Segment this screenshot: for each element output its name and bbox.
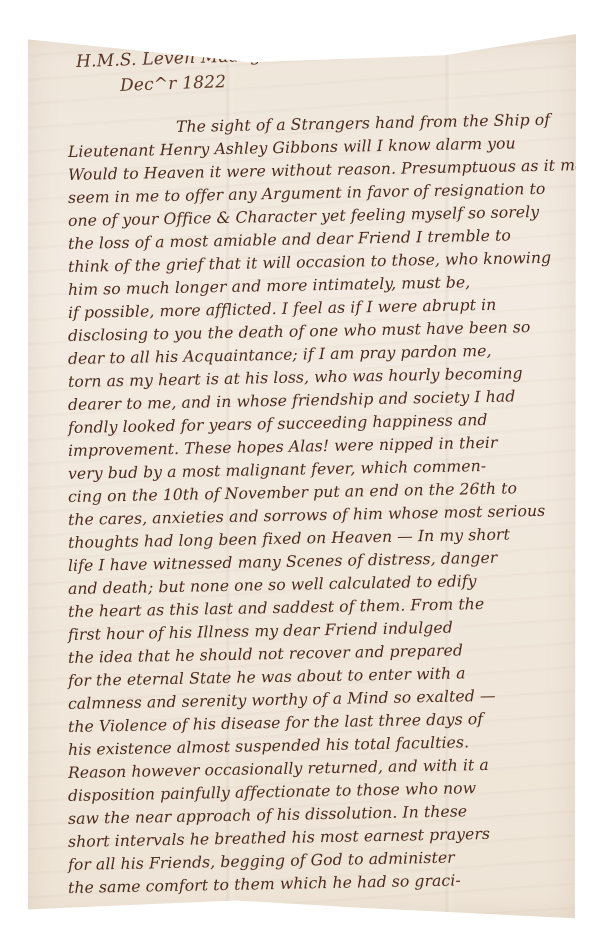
letter-sheet: H.M.S. Leven Madagascar Dec^r 1822 The s… [28,34,576,920]
letter-line: dear to all his Acquaintance; if I am pr… [68,342,492,368]
letter-line: fondly looked for years of succeeding ha… [68,411,488,437]
letter-line: one of your Office & Character yet feeli… [68,203,539,230]
letter-line: the loss of a most amiable and dear Frie… [68,226,511,253]
letter-line: cing on the 10th of November put an end … [68,479,517,506]
letter-heading-place: H.M.S. Leven Madagascar [76,44,310,72]
letter-line: seem in me to offer any Argument in favo… [68,180,546,207]
letter-line: the heart as this last and saddest of th… [68,595,485,621]
letter-line: The sight of a Strangers hand from the S… [176,111,550,136]
letter-line: for all his Friends, begging of God to a… [68,849,455,874]
letter-line: him so much longer and more intimately, … [68,273,471,299]
letter-line: disclosing to you the death of one who m… [68,318,531,345]
letter-line: think of the grief that it will occasion… [68,249,551,276]
letter-line: his existence almost suspended his total… [68,733,469,759]
letter-line: first hour of his Illness my dear Friend… [68,619,453,644]
letter-line: improvement. These hopes Alas! were nipp… [68,434,498,460]
letter-line: the cares, anxieties and sorrows of him … [68,502,546,529]
letter-line: life I have witnessed many Scenes of dis… [68,549,498,575]
letter-heading-date: Dec^r 1822 [120,72,227,96]
letter-line: dearer to me, and in whose friendship an… [68,387,516,414]
letter-line: calmness and serenity worthy of a Mind s… [68,687,496,713]
letter-line: Lieutenant Henry Ashley Gibbons will I k… [68,134,516,161]
letter-line: the same comfort to them which he had so… [68,871,461,897]
letter-line: short intervals he breathed his most ear… [68,825,490,851]
letter-line: for the eternal State he was about to en… [68,664,466,690]
letter-line: and death; but none one so well calculat… [68,572,477,598]
letter-line: the idea that he should not recover and … [68,641,463,667]
letter-line: if possible, more afflicted. I feel as i… [68,296,497,322]
letter-line: thoughts had long been fixed on Heaven —… [68,526,510,552]
letter-line: disposition painfully affectionate to th… [68,779,476,805]
letter-line: Reason however occasionally returned, an… [68,756,489,782]
letter-line: saw the near approach of his dissolution… [68,802,468,828]
letter-line: the Violence of his disease for the last… [68,710,483,736]
letter-line: torn as my heart is at his loss, who was… [68,364,523,391]
letter-line: very bud by a most malignant fever, whic… [68,457,486,483]
